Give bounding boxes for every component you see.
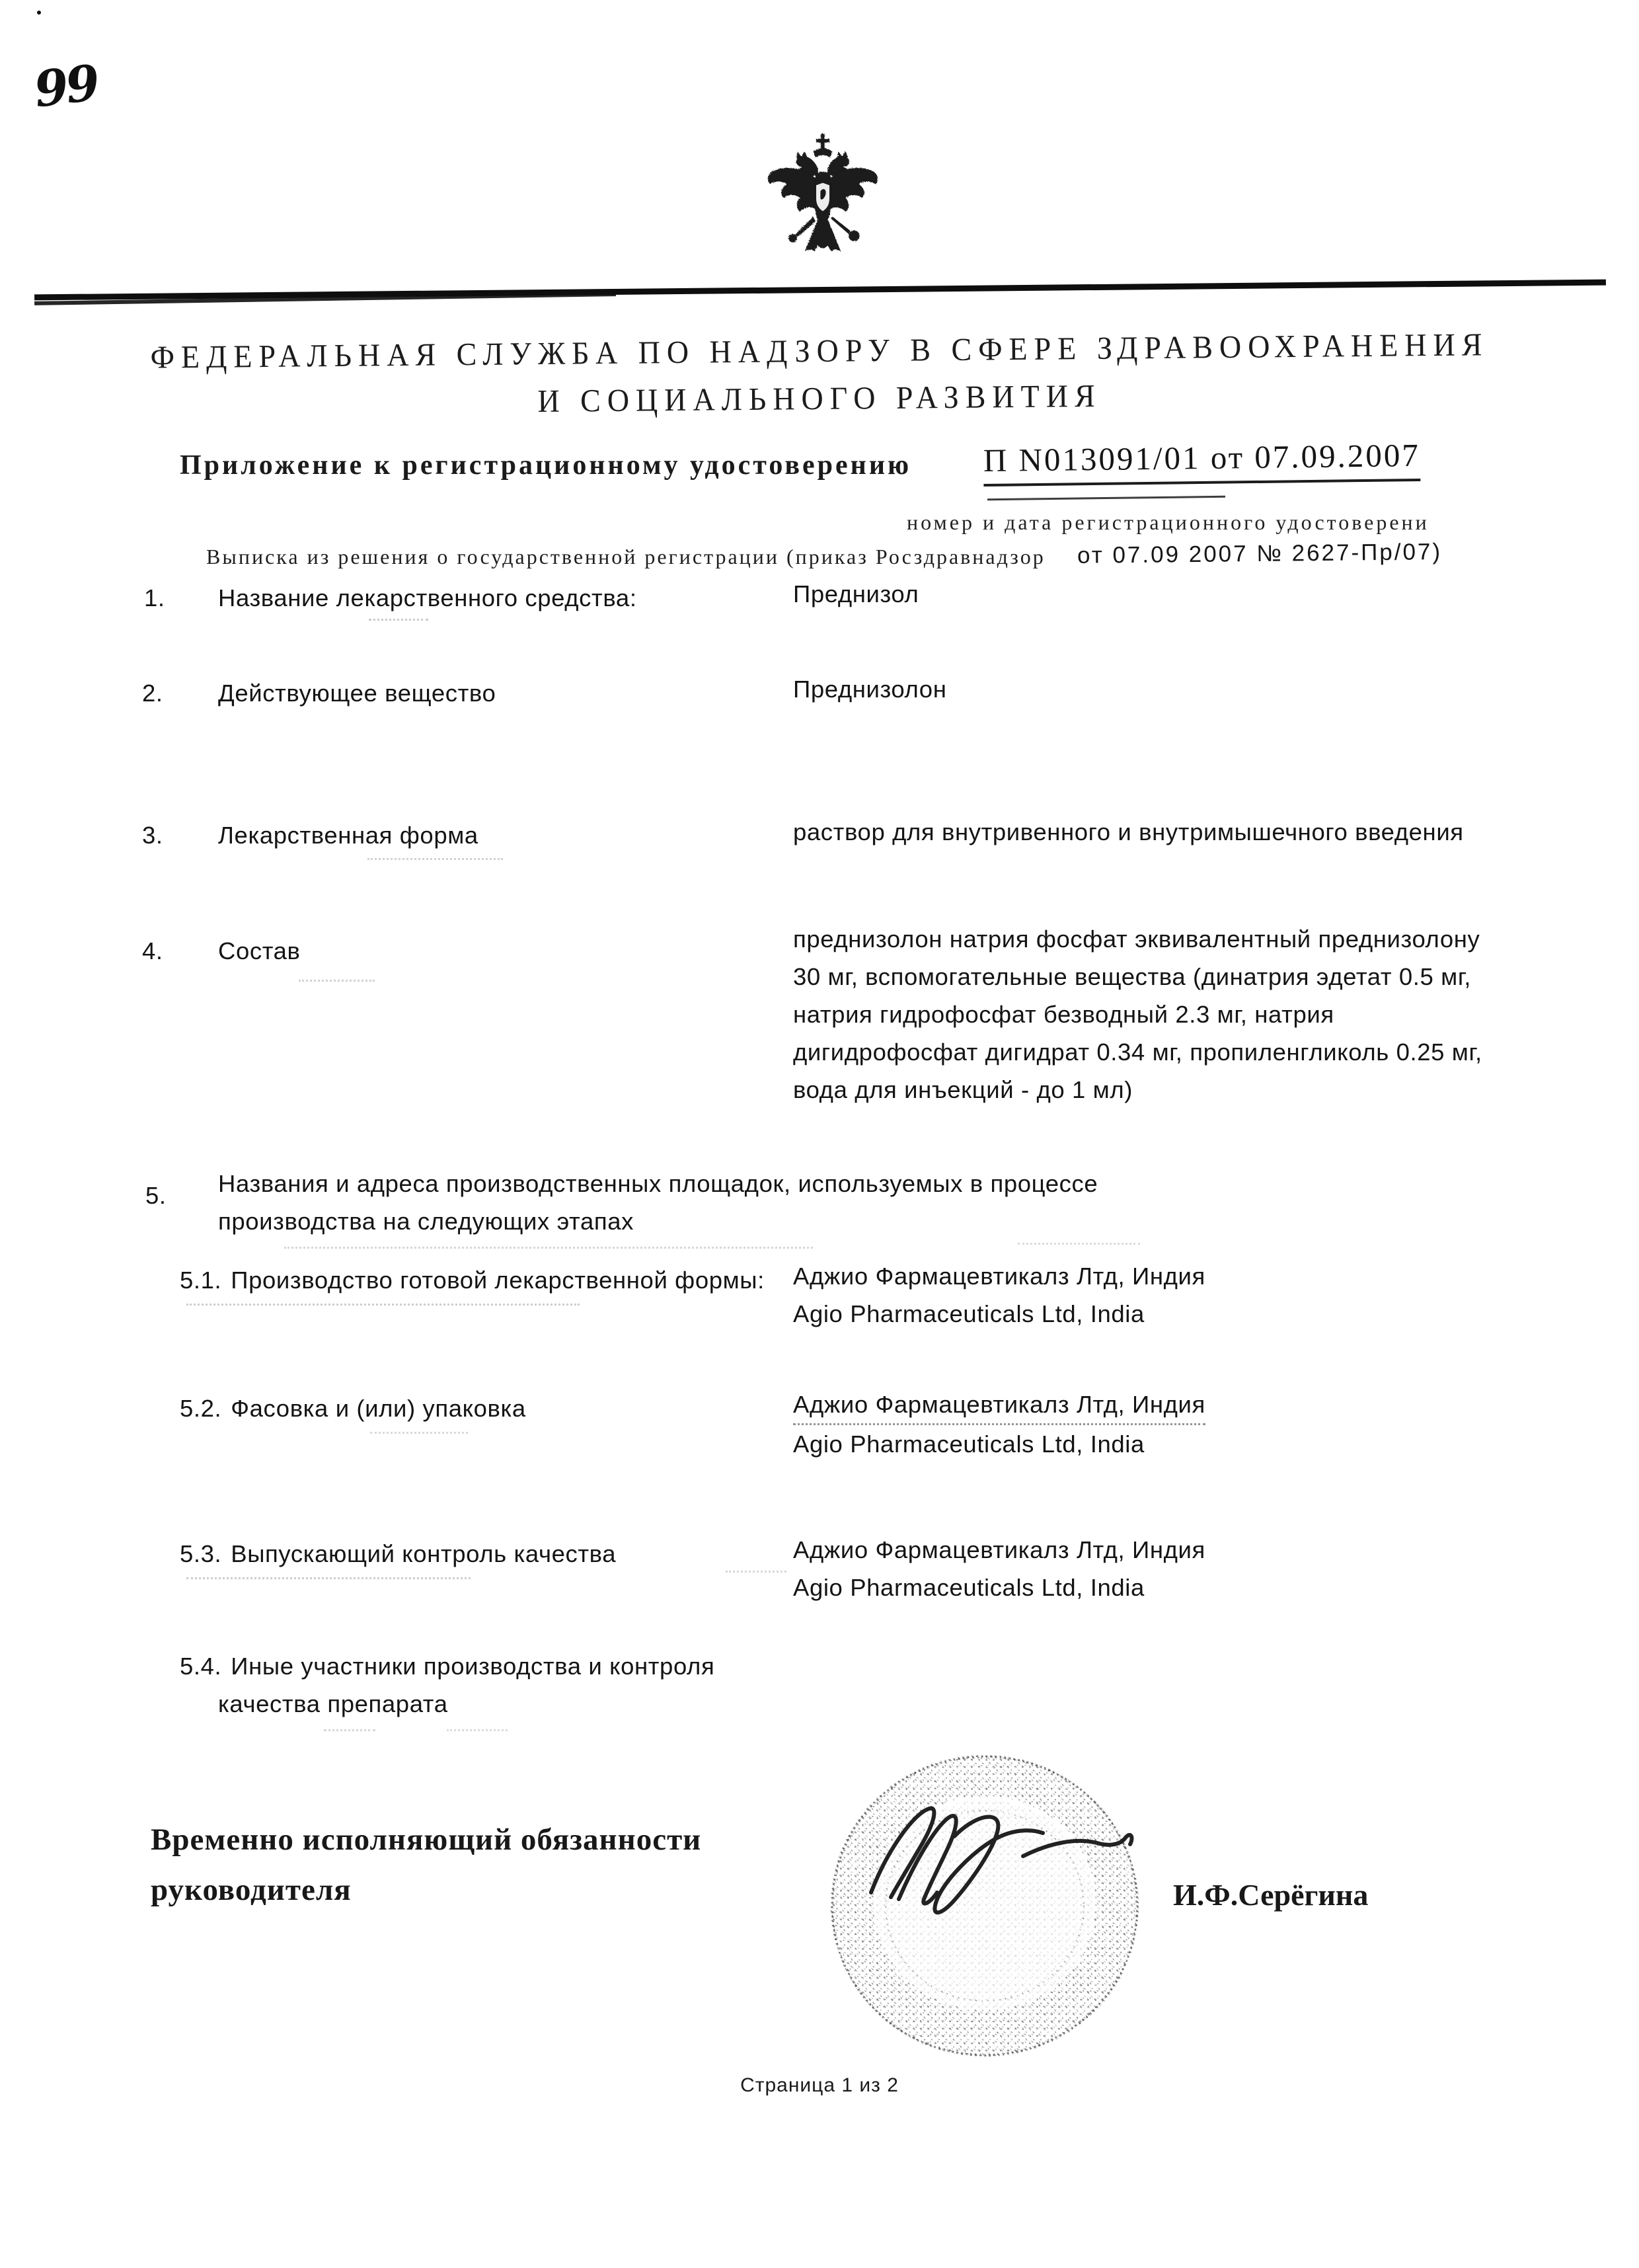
label-line: производства на следующих этапах: [218, 1202, 1098, 1240]
subitem-number: 5.2.: [180, 1395, 221, 1422]
subitem-value-block: Аджио Фармацевтикалз Лтд, Индия Agio Pha…: [793, 1386, 1205, 1463]
subitem-number: 5.4.: [180, 1653, 221, 1680]
subitem-label-line2: качества препарата: [218, 1690, 448, 1718]
item-number: 2.: [142, 680, 163, 707]
label-line: Названия и адреса производственных площа…: [218, 1165, 1098, 1202]
item-number: 4.: [142, 937, 163, 965]
value-line: Аджио Фармацевтикалз Лтд, Индия: [793, 1257, 1205, 1295]
scan-dots: [299, 980, 375, 982]
page-footer: Страница 1 из 2: [0, 2074, 1639, 2097]
round-stamp-icon: [825, 1750, 1145, 2061]
item-value: раствор для внутривенного и внутримышечн…: [793, 818, 1464, 846]
value-line: дигидрофосфат дигидрат 0.34 мг, пропилен…: [793, 1033, 1482, 1071]
value-line: Agio Pharmaceuticals Ltd, India: [793, 1569, 1205, 1606]
registration-number: П N013091/01 от 07.09.2007: [983, 436, 1421, 487]
subitem-number: 5.1.: [180, 1267, 221, 1294]
scan-dots: [324, 1729, 375, 1731]
extract-statement: Выписка из решения о государственной рег…: [206, 545, 1046, 569]
item-number: 5.: [145, 1182, 167, 1210]
scanned-document-page: 99 ФЕДЕРАЛЬНАЯ СЛУЖБА ПО НАДЗОРУ В СФЕР: [0, 0, 1639, 2268]
scan-dots: [186, 1304, 580, 1306]
item-label: Состав: [218, 937, 301, 965]
item-label: Действующее вещество: [218, 680, 496, 707]
scan-dots: [284, 1247, 813, 1249]
subitem-number: 5.3.: [180, 1540, 221, 1567]
subitem-label: 5.2.Фасовка и (или) упаковка: [180, 1395, 526, 1423]
scan-dots: [726, 1571, 786, 1573]
extract-order-number: от 07.09 2007 № 2627-Пр/07): [1077, 539, 1442, 569]
scan-speck: [37, 11, 41, 15]
item-label-block: Названия и адреса производственных площа…: [218, 1165, 1098, 1240]
value-line: Agio Pharmaceuticals Ltd, India: [793, 1295, 1205, 1333]
value-line: Аджио Фармацевтикалз Лтд, Индия: [793, 1386, 1205, 1425]
item-label: Название лекарственного средства:: [218, 584, 637, 612]
item-value-block: преднизолон натрия фосфат эквивалентный …: [793, 920, 1482, 1109]
coat-of-arms-icon: [763, 132, 883, 268]
item-number: 1.: [144, 584, 165, 612]
value-line: вода для инъекций - до 1 мл): [793, 1071, 1482, 1109]
signatory-title-line2: руководителя: [151, 1872, 352, 1908]
handwritten-page-number: 99: [31, 55, 100, 119]
item-number: 3.: [142, 822, 163, 849]
subitem-label: 5.4.Иные участники производства и контро…: [180, 1653, 714, 1680]
value-line: 30 мг, вспомогательные вещества (динатри…: [793, 958, 1482, 996]
value-line: Agio Pharmaceuticals Ltd, India: [793, 1425, 1205, 1463]
appendix-title: Приложение к регистрационному удостовере…: [180, 450, 911, 481]
subitem-label: 5.3.Выпускающий контроль качества: [180, 1540, 616, 1568]
scan-dots: [447, 1729, 508, 1731]
scan-dots: [370, 1432, 468, 1434]
subitem-label: 5.1.Производство готовой лекарственной ф…: [180, 1267, 765, 1294]
underline-fragment: [987, 496, 1225, 500]
registration-number-caption: номер и дата регистрационного удостовере…: [907, 510, 1429, 535]
scan-dots: [1018, 1243, 1140, 1245]
subitem-value-block: Аджио Фармацевтикалз Лтд, Индия Agio Pha…: [793, 1257, 1205, 1333]
org-name-line2: И СОЦИАЛЬНОГО РАЗВИТИЯ: [0, 372, 1639, 425]
signatory-title-line1: Временно исполняющий обязанности: [151, 1822, 701, 1857]
item-value: Преднизол: [793, 580, 919, 608]
signatory-name: И.Ф.Серёгина: [1173, 1877, 1368, 1912]
subitem-value-block: Аджио Фармацевтикалз Лтд, Индия Agio Pha…: [793, 1531, 1205, 1606]
org-name-line1: ФЕДЕРАЛЬНАЯ СЛУЖБА ПО НАДЗОРУ В СФЕРЕ ЗД…: [0, 325, 1639, 377]
value-line: преднизолон натрия фосфат эквивалентный …: [793, 920, 1482, 958]
scan-dots: [367, 858, 503, 860]
scan-dots: [186, 1577, 471, 1579]
item-value: Преднизолон: [793, 676, 946, 703]
scan-dots: [369, 619, 428, 621]
value-line: натрия гидрофосфат безводный 2.3 мг, нат…: [793, 996, 1482, 1033]
item-label: Лекарственная форма: [218, 822, 478, 849]
value-line: Аджио Фармацевтикалз Лтд, Индия: [793, 1531, 1205, 1569]
